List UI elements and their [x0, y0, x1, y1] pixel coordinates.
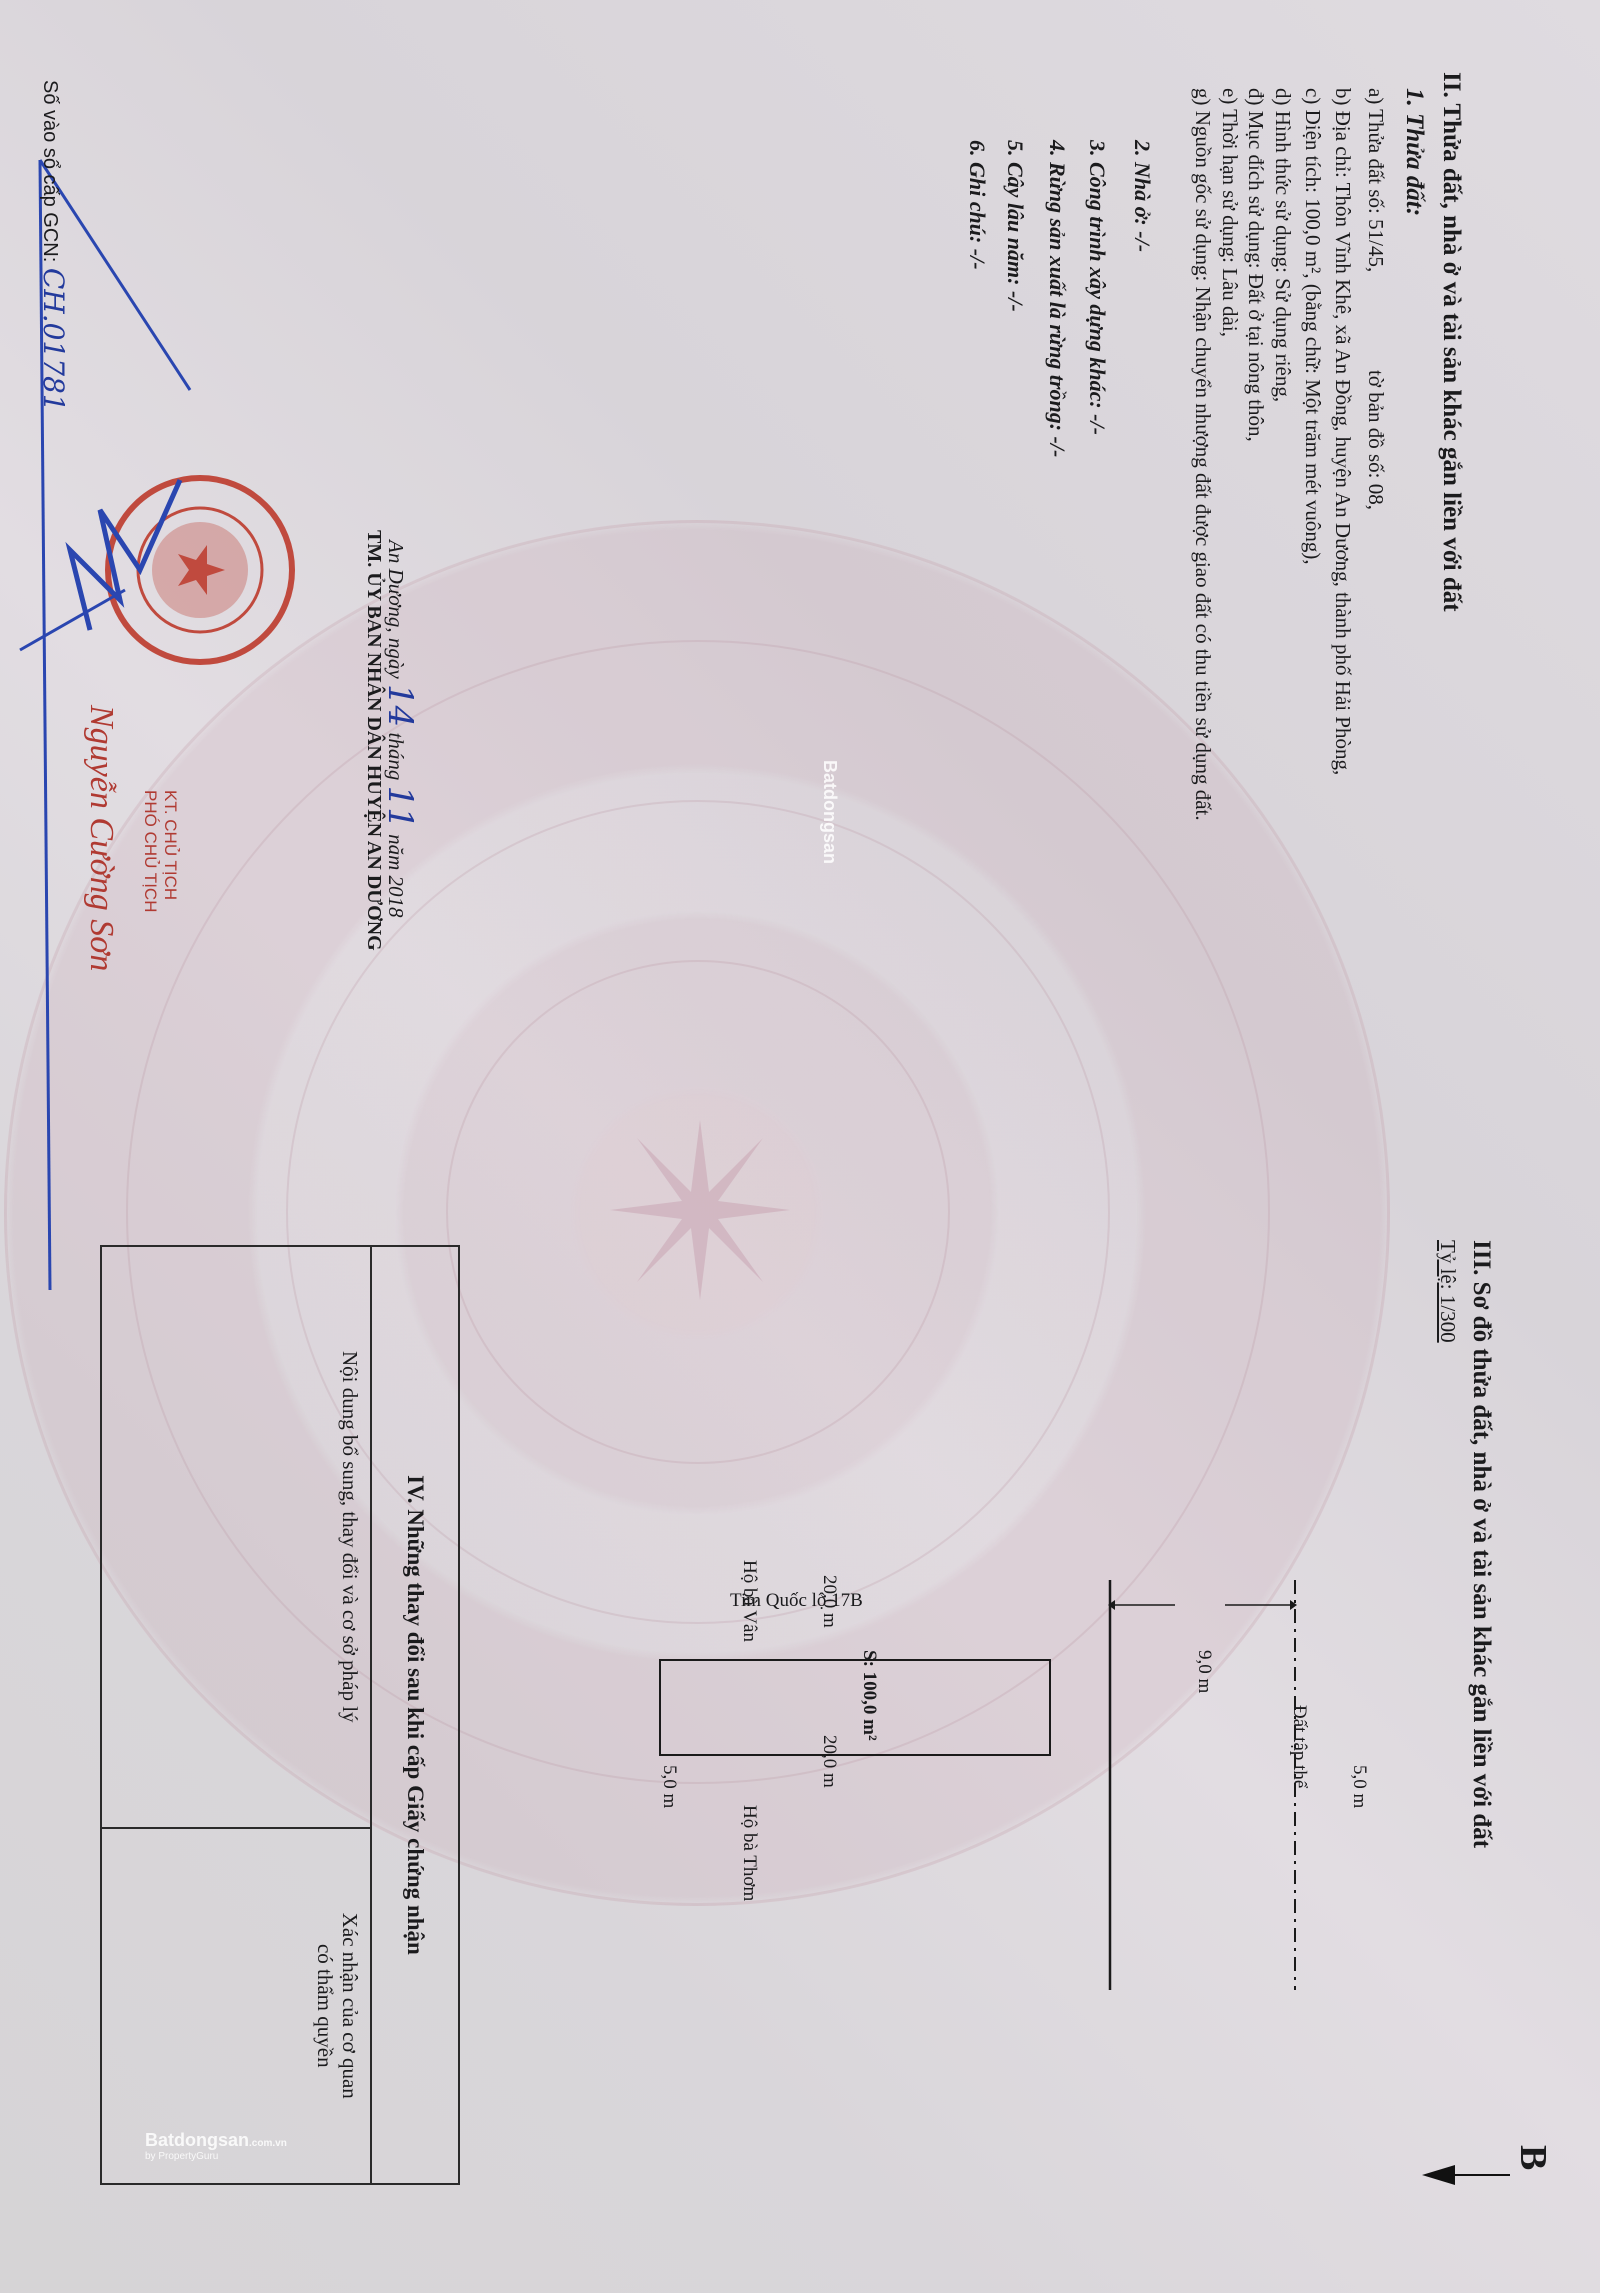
house: 2. Nhà ở: -/-	[1129, 140, 1155, 252]
year-label: năm 2018	[384, 834, 408, 917]
changes-content-column: Nội dung bổ sung, thay đổi và cơ sở pháp…	[101, 1246, 371, 1828]
map-sheet-number: tờ bản đồ số: 08,	[1363, 370, 1388, 510]
parcel-heading: 1. Thửa đất:	[1400, 88, 1428, 216]
north-marker: B	[1511, 2145, 1555, 2170]
section3-title: III. Sơ đồ thửa đất, nhà ở và tài sản kh…	[1467, 1240, 1495, 1848]
address: b) Địa chỉ: Thôn Vĩnh Khê, xã An Đồng, h…	[1330, 88, 1355, 775]
north-arrow-icon	[1420, 2160, 1510, 2190]
place-date: An Dương, ngày 14 tháng 11 năm 2018	[380, 540, 420, 918]
use-purpose: đ) Mục đích sử dụng: Đất ở tại nông thôn…	[1243, 88, 1268, 442]
registry-number: Số vào sổ cấp GCN: CH.01781	[37, 80, 70, 412]
neighbor-left-label: Đất tập thể	[1288, 1705, 1310, 1788]
plot-area-label: S: 100,0 m²	[858, 1650, 880, 1741]
scale: Tỷ lệ: 1/300	[1435, 1240, 1460, 1343]
col1-header: Nội dung bổ sung, thay đổi và cơ sở pháp…	[338, 1351, 362, 1723]
watermark-brand: Batdongsan	[820, 760, 840, 864]
watermark-brand: Batdongsan	[145, 2130, 249, 2150]
section4-title: IV. Những thay đổi sau khi cấp Giấy chứn…	[371, 1246, 459, 2184]
use-origin: g) Nguồn gốc sử dụng: Nhận chuyển nhượng…	[1190, 88, 1215, 821]
plot-right-width: 5,0 m	[1348, 1765, 1370, 1808]
changes-table: IV. Những thay đổi sau khi cấp Giấy chứn…	[100, 1245, 460, 2185]
batdongsan-watermark: Batdongsan	[819, 760, 840, 864]
section2-title: II. Thửa đất, nhà ở và tài sản khác gắn …	[1437, 72, 1465, 612]
plot-bottom-length: 20,0 m	[818, 1575, 840, 1628]
north-label: B	[1512, 2145, 1554, 2170]
perennial-trees: 5. Cây lâu năm: -/-	[1002, 140, 1028, 312]
parcel-number: a) Thửa đất số: 51/45,	[1363, 88, 1388, 272]
col2-header-line2: có thẩm quyền	[312, 1837, 337, 2175]
registry-value: CH.01781	[37, 268, 70, 412]
date-day: 14	[380, 684, 420, 727]
setback-label: 9,0 m	[1193, 1650, 1215, 1693]
certificate-page: II. Thửa đất, nhà ở và tài sản khác gắn …	[0, 0, 1600, 2293]
use-form: d) Hình thức sử dụng: Sử dụng riêng,	[1270, 88, 1295, 402]
col2-header-line1: Xác nhận của cơ quan	[337, 1837, 362, 2175]
notes: 6. Ghi chú: -/-	[964, 140, 990, 270]
planted-forest: 4. Rừng sản xuất là rừng trồng: -/-	[1044, 140, 1070, 457]
registry-label: Số vào sổ cấp GCN:	[39, 80, 61, 262]
plot-top-length: 20,0 m	[818, 1735, 840, 1788]
neighbor-bottom-label: Hộ bà Vân	[738, 1560, 760, 1642]
drum-star-icon	[610, 1120, 790, 1300]
month-label: tháng	[384, 733, 408, 781]
date-month: 11	[380, 786, 420, 829]
watermark-tagline: by PropertyGuru	[145, 2151, 287, 2162]
batdongsan-corner-watermark: Batdongsan.com.vn by PropertyGuru	[145, 2130, 287, 2162]
other-construction: 3. Công trình xây dựng khác: -/-	[1084, 140, 1110, 435]
area: c) Diện tích: 100,0 m², (bằng chữ: Một t…	[1300, 88, 1325, 565]
plot-left-width: 5,0 m	[658, 1765, 680, 1808]
date-prefix: An Dương, ngày	[384, 540, 408, 679]
watermark-suffix: .com.vn	[249, 2138, 287, 2149]
issuing-authority: TM. ỦY BAN NHÂN DÂN HUYỆN AN DƯƠNG	[362, 530, 385, 951]
use-term: e) Thời hạn sử dụng: Lâu dài,	[1217, 88, 1242, 337]
neighbor-top-label: Hộ bà Thơm	[738, 1805, 760, 1901]
